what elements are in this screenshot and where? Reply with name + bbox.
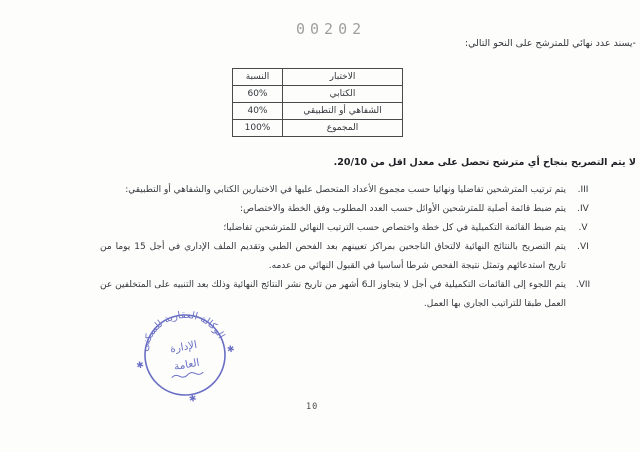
seal-ring-circle <box>139 309 232 402</box>
roman-numbered-list: III. يتم ترتيب المترشحين تفاضليا ونهائيا… <box>100 181 600 314</box>
list-item: IV. يتم ضبط قائمة أصلية للمترشحين الأوائ… <box>100 200 600 219</box>
item-marker: III. <box>566 181 600 200</box>
item-text: يتم التصريح بالنتائج النهائية لالتحاق ال… <box>100 238 566 276</box>
seal-star-left-icon: ✱ <box>136 360 145 371</box>
item-text: يتم ضبط قائمة أصلية للمترشحين الأوائل حس… <box>100 200 566 219</box>
cell-exam: المجموع <box>283 120 403 137</box>
table-row: المجموع 100% <box>233 120 403 137</box>
seal-center-line2: العامة <box>173 357 200 373</box>
item-text: يتم ضبط القائمة التكميلية في كل خطة واخت… <box>100 219 566 238</box>
item-text: يتم ترتيب المترشحين تفاضليا ونهائيا حسب … <box>100 181 566 200</box>
cell-percentage: 100% <box>233 120 283 137</box>
cell-exam: الشفاهي أو التطبيقي <box>283 103 403 120</box>
list-item: III. يتم ترتيب المترشحين تفاضليا ونهائيا… <box>100 181 600 200</box>
scanned-document-page: 00202 -يسند عدد نهائي للمترشح على النحو … <box>0 0 640 452</box>
seal-center-line1: الإدارة <box>169 339 198 356</box>
official-round-seal: الوكالة العقارية للسكنى الإدارة العامة ✱… <box>128 298 242 412</box>
page-number: 10 <box>306 402 318 412</box>
list-item: VI. يتم التصريح بالنتائج النهائية لالتحا… <box>100 238 600 276</box>
serial-number-stamp: 00202 <box>296 20 366 38</box>
item-marker: IV. <box>566 200 600 219</box>
cell-exam: الكتابي <box>283 86 403 103</box>
intro-sentence: -يسند عدد نهائي للمترشح على النحو التالي… <box>465 38 636 49</box>
cell-percentage: 60% <box>233 86 283 103</box>
table-row: الشفاهي أو التطبيقي 40% <box>233 103 403 120</box>
item-marker: VII. <box>566 276 600 295</box>
seal-star-bottom-icon: ✱ <box>188 394 197 405</box>
item-marker: V. <box>566 219 600 238</box>
exam-weights-table: الاختبار النسبة الكتابي 60% الشفاهي أو ا… <box>232 68 403 137</box>
list-item: V. يتم ضبط القائمة التكميلية في كل خطة و… <box>100 219 600 238</box>
table-row: الكتابي 60% <box>233 86 403 103</box>
header-exam: الاختبار <box>283 69 403 86</box>
header-percentage: النسبة <box>233 69 283 86</box>
item-marker: VI. <box>566 238 600 257</box>
minimum-average-note: لا يتم التصريح بنجاح أي مترشح تحصل على م… <box>334 157 636 168</box>
cell-percentage: 40% <box>233 103 283 120</box>
seal-star-right-icon: ✱ <box>226 344 235 355</box>
table-header-row: الاختبار النسبة <box>233 69 403 86</box>
